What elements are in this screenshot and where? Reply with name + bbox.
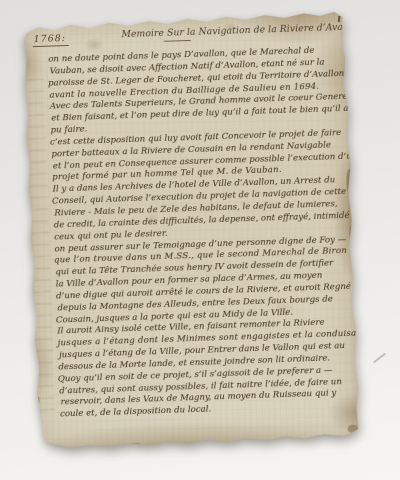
manuscript-content: 1768: Memoire Sur la Navigation de la Ri… [22,11,360,450]
paper-edge-stain [24,107,28,119]
manuscript-body: on ne doute point dans le pays D’avallon… [48,45,359,422]
photo-background: 1768: Memoire Sur la Navigation de la Ri… [0,0,400,480]
document-title: Memoire Sur la Navigation de la Riviere … [121,21,364,40]
paper-sheet: 1768: Memoire Sur la Navigation de la Ri… [22,11,360,450]
manuscript-page: 1768: Memoire Sur la Navigation de la Ri… [22,11,360,450]
title-underline [164,40,191,42]
year-label: 1768: [32,33,69,47]
scratch-mark [373,353,386,364]
